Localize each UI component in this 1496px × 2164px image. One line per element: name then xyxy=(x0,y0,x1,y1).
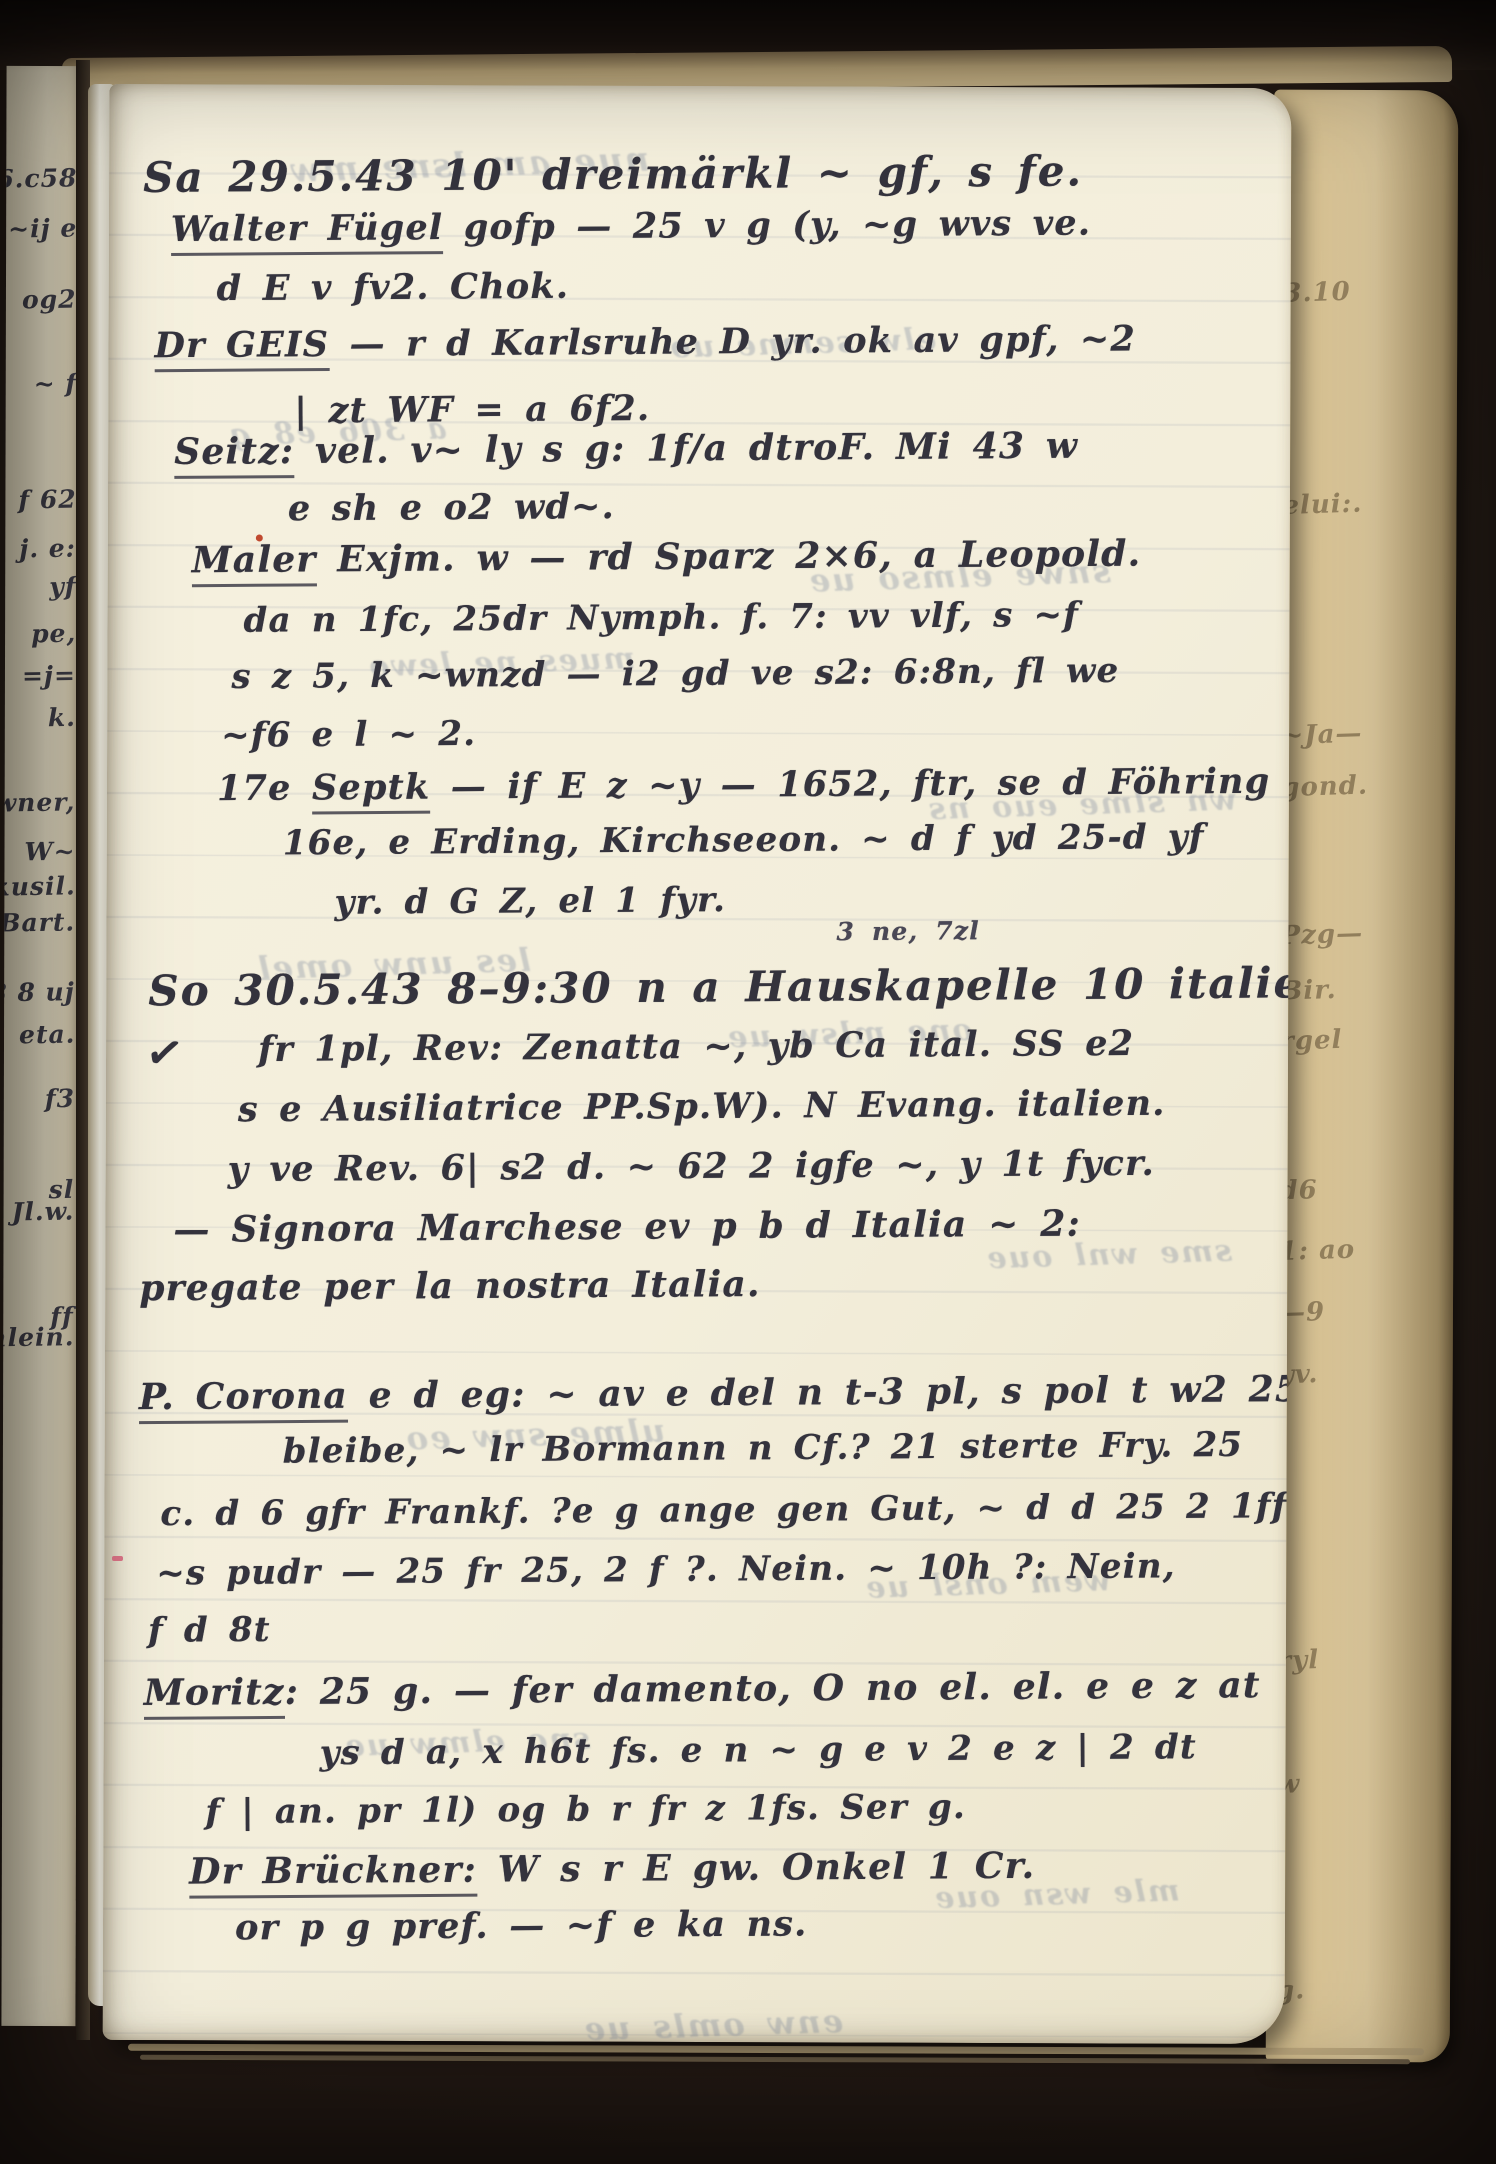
line-text: c. d 6 gfr Frankf. ?e g ange gen Gut, ~ … xyxy=(160,1486,1291,1534)
line-text: bleibe, ~ lr Bormann n Cf.? 21 sterte Fr… xyxy=(283,1425,1244,1472)
page-edge-fragment: Bir. xyxy=(1280,975,1337,1007)
page-edge-fragment: Bart. xyxy=(1,907,75,937)
underlined-name: Seitz: xyxy=(174,430,294,479)
date-heading: So 30.5.43 8–9:30 n a Hauskapelle 10 ita… xyxy=(148,958,1291,1015)
line-text: Sa 29.5.43 xyxy=(143,151,418,202)
page-edge-fragment: elui:. xyxy=(1282,489,1363,521)
margin-note: 3 ne, 7zl xyxy=(836,916,980,946)
previous-page-edge: 6.c58~ij eog2~ ff 62j. e:yfpe,=j=k.wner,… xyxy=(1,66,80,2026)
page-edge-fragment: 1: ao xyxy=(1279,1235,1356,1267)
line-text: So 30.5.43 xyxy=(148,964,424,1015)
diary-photo: 6.c58~ij eog2~ ff 62j. e:yfpe,=j=k.wner,… xyxy=(0,0,1496,2164)
page-edge-fragment: eta. xyxy=(18,1020,75,1050)
handwritten-line: Dr GEIS — r d Karlsruhe D yr. ok av gpf,… xyxy=(154,318,1136,366)
line-text: ys d a, x h6t fs. e n ~ g e v 2 e z | 2 … xyxy=(319,1727,1196,1773)
line-text: da n 1fc, 25dr Nymph. f. 7: vv vlf, s ~f xyxy=(243,595,1079,641)
handwritten-line: Maler Exjm. w — rd Sparz 2×6, a Leopold. xyxy=(192,533,1142,582)
handwritten-line: s e Ausiliatrice PP.Sp.W). N Evang. ital… xyxy=(238,1083,1166,1130)
line-text: ~s pudr — 25 fr 25, 2 f ?. Nein. ~ 10h ?… xyxy=(156,1546,1176,1593)
line-text: 8–9:30 n a Hauskapelle 10 italien. xyxy=(423,958,1291,1013)
handwritten-line: or p g pref. — ~f e ka ns. xyxy=(235,1903,808,1948)
line-text: W s r E gw. Onkel 1 Cr. xyxy=(477,1845,1035,1891)
page-edge-fragment: f 62 xyxy=(18,485,77,515)
page-edge-fragment: wner, xyxy=(1,787,75,817)
page-edge-fragment: j. e: xyxy=(19,534,76,564)
page-edge-fragment: chlein. xyxy=(1,1322,74,1353)
line-text: 3 ne, 7zl xyxy=(836,916,980,946)
handwritten-line: d E v fv2. Chok. xyxy=(217,266,570,309)
handwritten-line: Moritz: 25 g. — fer damento, O no el. el… xyxy=(144,1664,1261,1714)
line-text: gofp — 25 v g (y, ~g wvs ve. xyxy=(443,203,1091,249)
date-heading: Sa 29.5.43 10' dreimärkl ~ gf, s fe. xyxy=(143,146,1083,202)
page-edge-fragment: pe, xyxy=(31,619,77,649)
underlined-name: Dr Brückner: xyxy=(189,1849,477,1899)
next-page-edge: 3.10elui:.~Ja—gond.Pzg—Bir.rgeld61: ao—9… xyxy=(1266,90,1459,2063)
line-text: : 25 g. — fer damento, O no el. el. e e … xyxy=(284,1664,1260,1713)
red-edge-mark xyxy=(112,1556,123,1561)
page-edge-fragment: ~Ja— xyxy=(1281,719,1363,751)
line-text: s z 5, k ~wnzd — i2 gd ve s2: 6:8n, fl w… xyxy=(231,651,1119,697)
line-text: yr. d G Z, el 1 fyr. xyxy=(334,880,726,923)
line-text: — if E z ~y — 1652, ftr, se d Föhring ~ xyxy=(430,760,1291,807)
line-text: pregate per la nostra Italia. xyxy=(139,1263,761,1309)
check-mark: ✓ xyxy=(142,1025,189,1082)
handwritten-line: Seitz: vel. v~ ly s g: 1f/a dtroF. Mi 43… xyxy=(174,425,1078,473)
underlined-name: Moritz xyxy=(144,1671,285,1720)
underlined-name: Septk xyxy=(312,767,431,815)
page-stack-edge xyxy=(128,2044,1424,2056)
page-edge-fragment: Jl.w. xyxy=(12,1197,75,1227)
handwritten-line: 16e, e Erding, Kirchseeon. ~ d f yd 25-d… xyxy=(283,817,1205,863)
page-edge-fragment: og2 xyxy=(22,285,77,315)
page-edge-fragment: gond. xyxy=(1281,771,1369,804)
line-text: Exjm. w — rd Sparz 2×6, a Leopold. xyxy=(316,533,1141,581)
handwritten-line: ~f6 e l ~ 2. xyxy=(221,714,476,756)
line-text: f | an. pr 1l) og b r fr z 1fs. Ser g. xyxy=(205,1787,966,1832)
handwritten-line: yr. d G Z, el 1 fyr. xyxy=(334,880,726,923)
handwritten-line: Dr Brückner: W s r E gw. Onkel 1 Cr. xyxy=(189,1845,1035,1893)
page-edge-fragment: ~ij e xyxy=(8,213,78,243)
line-text: s e Ausiliatrice PP.Sp.W). N Evang. ital… xyxy=(238,1083,1166,1130)
page-edge-fragment: =j= xyxy=(22,661,76,691)
line-text: | zt WF = a 6f2. xyxy=(294,388,650,431)
notebook-page: nue am lsne mwelw semne uoa 306 e8 gsnwe… xyxy=(103,84,1292,2044)
page-edge-fragment: c8 8 uj xyxy=(1,977,75,1008)
handwritten-line: Walter Fügel gofp — 25 v g (y, ~g wvs ve… xyxy=(171,203,1092,250)
page-edge-fragment: 6.c58 xyxy=(1,163,77,193)
handwritten-line: ys d a, x h6t fs. e n ~ g e v 2 e z | 2 … xyxy=(319,1727,1196,1773)
underlined-name: Maler xyxy=(192,538,317,587)
underlined-name: Dr GEIS xyxy=(154,324,329,372)
line-text: d E v fv2. Chok. xyxy=(217,266,570,309)
page-edge-fragment: rgel xyxy=(1280,1025,1343,1057)
red-ink-dot xyxy=(256,534,263,541)
line-text: 10' dreimärkl ~ gf, s fe. xyxy=(417,146,1083,200)
line-text: ✓ xyxy=(142,1025,189,1082)
line-text: 17e xyxy=(217,767,312,809)
line-text: f d 8t xyxy=(148,1610,271,1651)
page-edge-fragment: f3 xyxy=(44,1084,75,1113)
line-text: — r d Karlsruhe D yr. ok av gpf, ~2 xyxy=(329,318,1136,365)
page-edge-fragment: k. xyxy=(48,703,76,732)
handwritten-line: ~s pudr — 25 fr 25, 2 f ?. Nein. ~ 10h ?… xyxy=(156,1546,1176,1593)
page-edge-fragment: Pzg— xyxy=(1280,919,1363,952)
handwritten-line: P. Corona e d eg: ~ av e del n t-3 pl, s… xyxy=(139,1368,1292,1418)
page-edge-fragment: yf xyxy=(49,572,77,601)
line-text: vel. v~ ly s g: 1f/a dtroF. Mi 43 w xyxy=(294,425,1078,472)
handwritten-line: 17e Septk — if E z ~y — 1652, ftr, se d … xyxy=(217,760,1292,809)
handwritten-line: | zt WF = a 6f2. xyxy=(294,388,650,431)
page-stack-shadow xyxy=(140,2055,1410,2064)
page-edge-fragment: ~ f xyxy=(33,369,77,399)
handwritten-line: s z 5, k ~wnzd — i2 gd ve s2: 6:8n, fl w… xyxy=(231,651,1119,697)
handwritten-line: e sh e o2 wd~. xyxy=(288,486,615,529)
handwritten-line: da n 1fc, 25dr Nymph. f. 7: vv vlf, s ~f xyxy=(243,595,1079,641)
handwritten-line: pregate per la nostra Italia. xyxy=(139,1263,761,1309)
handwritten-line: fr 1pl, Rev: Zenatta ~, yb Ca ital. SS e… xyxy=(258,1023,1134,1070)
line-text: — Signora Marchese ev p b d Italia ~ 2: xyxy=(173,1203,1081,1251)
handwritten-line: f | an. pr 1l) og b r fr z 1fs. Ser g. xyxy=(205,1787,966,1832)
bleed-through-text: enw omls ue xyxy=(582,2002,844,2044)
handwritten-line: f d 8t xyxy=(148,1610,271,1651)
line-text: y ve Rev. 6| s2 d. ~ 62 2 igfe ~, y 1t f… xyxy=(228,1143,1156,1190)
page-edge-fragment: kusil. xyxy=(1,871,75,901)
underlined-name: Walter Fügel xyxy=(171,207,444,256)
handwritten-line: bleibe, ~ lr Bormann n Cf.? 21 sterte Fr… xyxy=(283,1425,1244,1472)
page-edge-fragment: W~ xyxy=(24,837,75,867)
line-text: fr 1pl, Rev: Zenatta ~, yb Ca ital. SS e… xyxy=(258,1023,1134,1070)
page-edge-fragment: 3.10 xyxy=(1283,277,1351,309)
line-text: or p g pref. — ~f e ka ns. xyxy=(235,1903,808,1948)
line-text: e sh e o2 wd~. xyxy=(288,486,615,529)
handwritten-line: y ve Rev. 6| s2 d. ~ 62 2 igfe ~, y 1t f… xyxy=(228,1143,1156,1190)
line-text: e d eg: ~ av e del n t-3 pl, s pol t w2 … xyxy=(348,1368,1292,1417)
underlined-name: P. Corona xyxy=(139,1375,348,1424)
handwritten-line: — Signora Marchese ev p b d Italia ~ 2: xyxy=(173,1203,1081,1251)
line-text: 16e, e Erding, Kirchseeon. ~ d f yd 25-d… xyxy=(283,817,1205,863)
line-text: ~f6 e l ~ 2. xyxy=(221,714,476,756)
handwritten-line: c. d 6 gfr Frankf. ?e g ange gen Gut, ~ … xyxy=(160,1486,1291,1534)
